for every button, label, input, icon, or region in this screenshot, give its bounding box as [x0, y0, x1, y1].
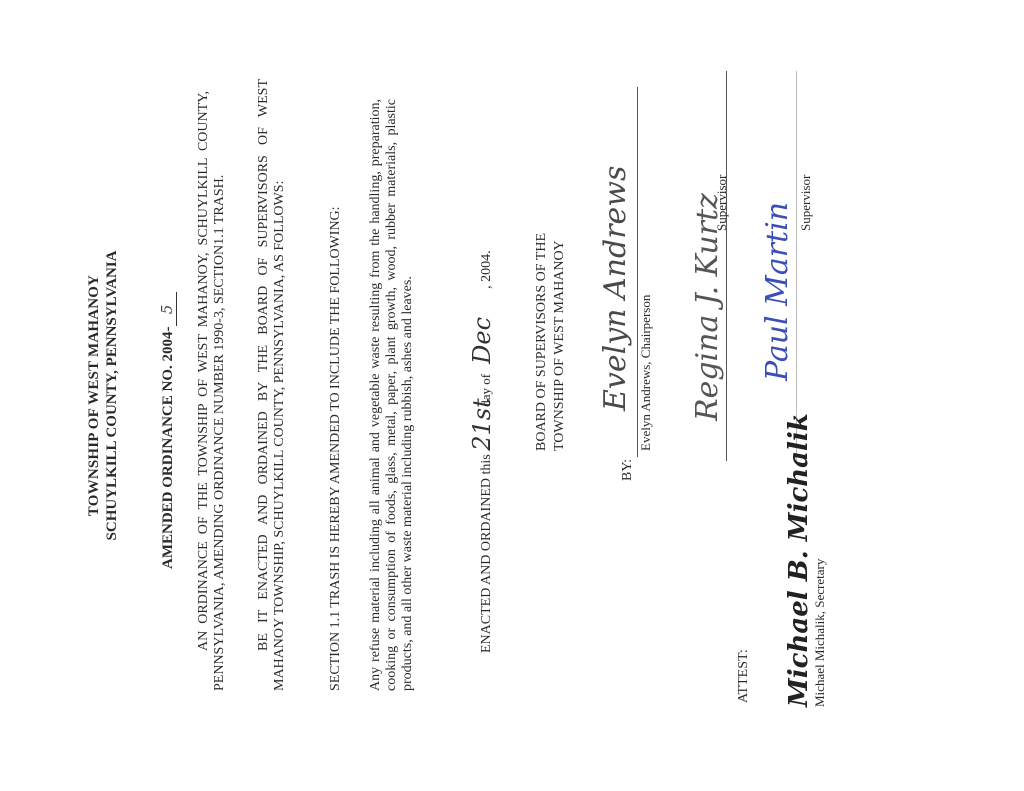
supervisor2-title: Supervisor	[798, 175, 814, 231]
section-paragraph: Any refuse material including all animal…	[368, 99, 416, 691]
supervisor2-signature: Paul Martin	[760, 202, 795, 381]
ordinance-label: AMENDED ORDINANCE NO. 2004-	[160, 327, 176, 570]
document-page: TOWNSHIP OF WEST MAHANOY SCHUYLKILL COUN…	[0, 0, 1024, 791]
enacted-line: ENACTED AND ORDAINED this 21stday of Dec…	[468, 250, 496, 653]
board-line-2: TOWNSHIP OF WEST MAHANOY	[552, 240, 568, 451]
ordinance-number: AMENDED ORDINANCE NO. 2004-5	[158, 293, 177, 570]
enacted-day-of: day of	[478, 374, 493, 407]
supervisor2-signature-line	[796, 71, 797, 461]
chair-printed-name: Evelyn Andrews, Chairperson	[638, 295, 654, 451]
county-title: SCHUYLKILL COUNTY, PENNSYLVANIA	[104, 0, 121, 791]
enactment-paragraph: BE IT ENACTED AND ORDAINED BY THE BOARD …	[256, 79, 288, 691]
intro-paragraph: AN ORDINANCE OF THE TOWNSHIP OF WEST MAH…	[196, 91, 228, 691]
attest-label: ATTEST:	[736, 649, 752, 703]
board-line-1: BOARD OF SUPERVISORS OF THE	[534, 233, 550, 451]
chair-signature: Evelyn Andrews	[598, 166, 633, 411]
enacted-month-handwritten: Dec	[468, 310, 496, 370]
supervisor1-title: Supervisor	[714, 175, 730, 231]
section-text: Any refuse material including all animal…	[368, 99, 416, 691]
secretary-printed-name: Michael Michalik, Secretary	[812, 559, 828, 707]
enacted-year: , 2004.	[479, 250, 494, 289]
enacted-prefix: ENACTED AND ORDAINED this	[479, 454, 494, 653]
by-label: BY:	[620, 459, 636, 481]
supervisor1-signature-line	[726, 71, 727, 461]
secretary-signature: Michael B. Michalik	[784, 413, 814, 707]
enacted-day-handwritten: 21st	[468, 407, 496, 451]
ordinance-number-handwritten: 5	[158, 293, 177, 327]
township-title: TOWNSHIP OF WEST MAHANOY	[86, 0, 103, 791]
section-heading: SECTION 1.1 TRASH IS HEREBY AMENDED TO I…	[328, 206, 344, 691]
enactment-text: BE IT ENACTED AND ORDAINED BY THE BOARD …	[256, 79, 288, 691]
intro-text: AN ORDINANCE OF THE TOWNSHIP OF WEST MAH…	[196, 91, 228, 691]
